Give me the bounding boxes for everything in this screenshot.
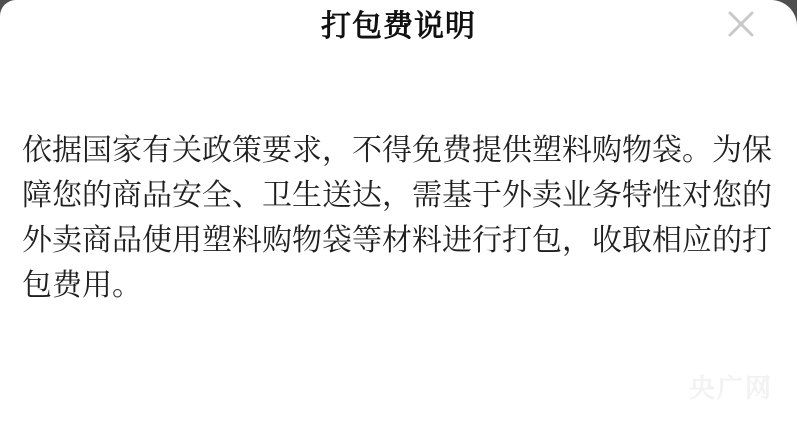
screen-backdrop: 打包费说明 依据国家有关政策要求，不得免费提供塑料购物袋。为保障您的商品安全、卫… [0, 0, 797, 425]
close-button[interactable] [721, 4, 761, 44]
close-icon [725, 8, 757, 40]
dialog-title: 打包费说明 [0, 10, 797, 44]
watermark-text: 央广网 [689, 368, 773, 405]
packing-fee-dialog: 打包费说明 依据国家有关政策要求，不得免费提供塑料购物袋。为保障您的商品安全、卫… [0, 0, 797, 425]
dialog-header: 打包费说明 [0, 0, 797, 58]
dialog-body-text: 依据国家有关政策要求，不得免费提供塑料购物袋。为保障您的商品安全、卫生送达，需基… [22, 128, 775, 308]
